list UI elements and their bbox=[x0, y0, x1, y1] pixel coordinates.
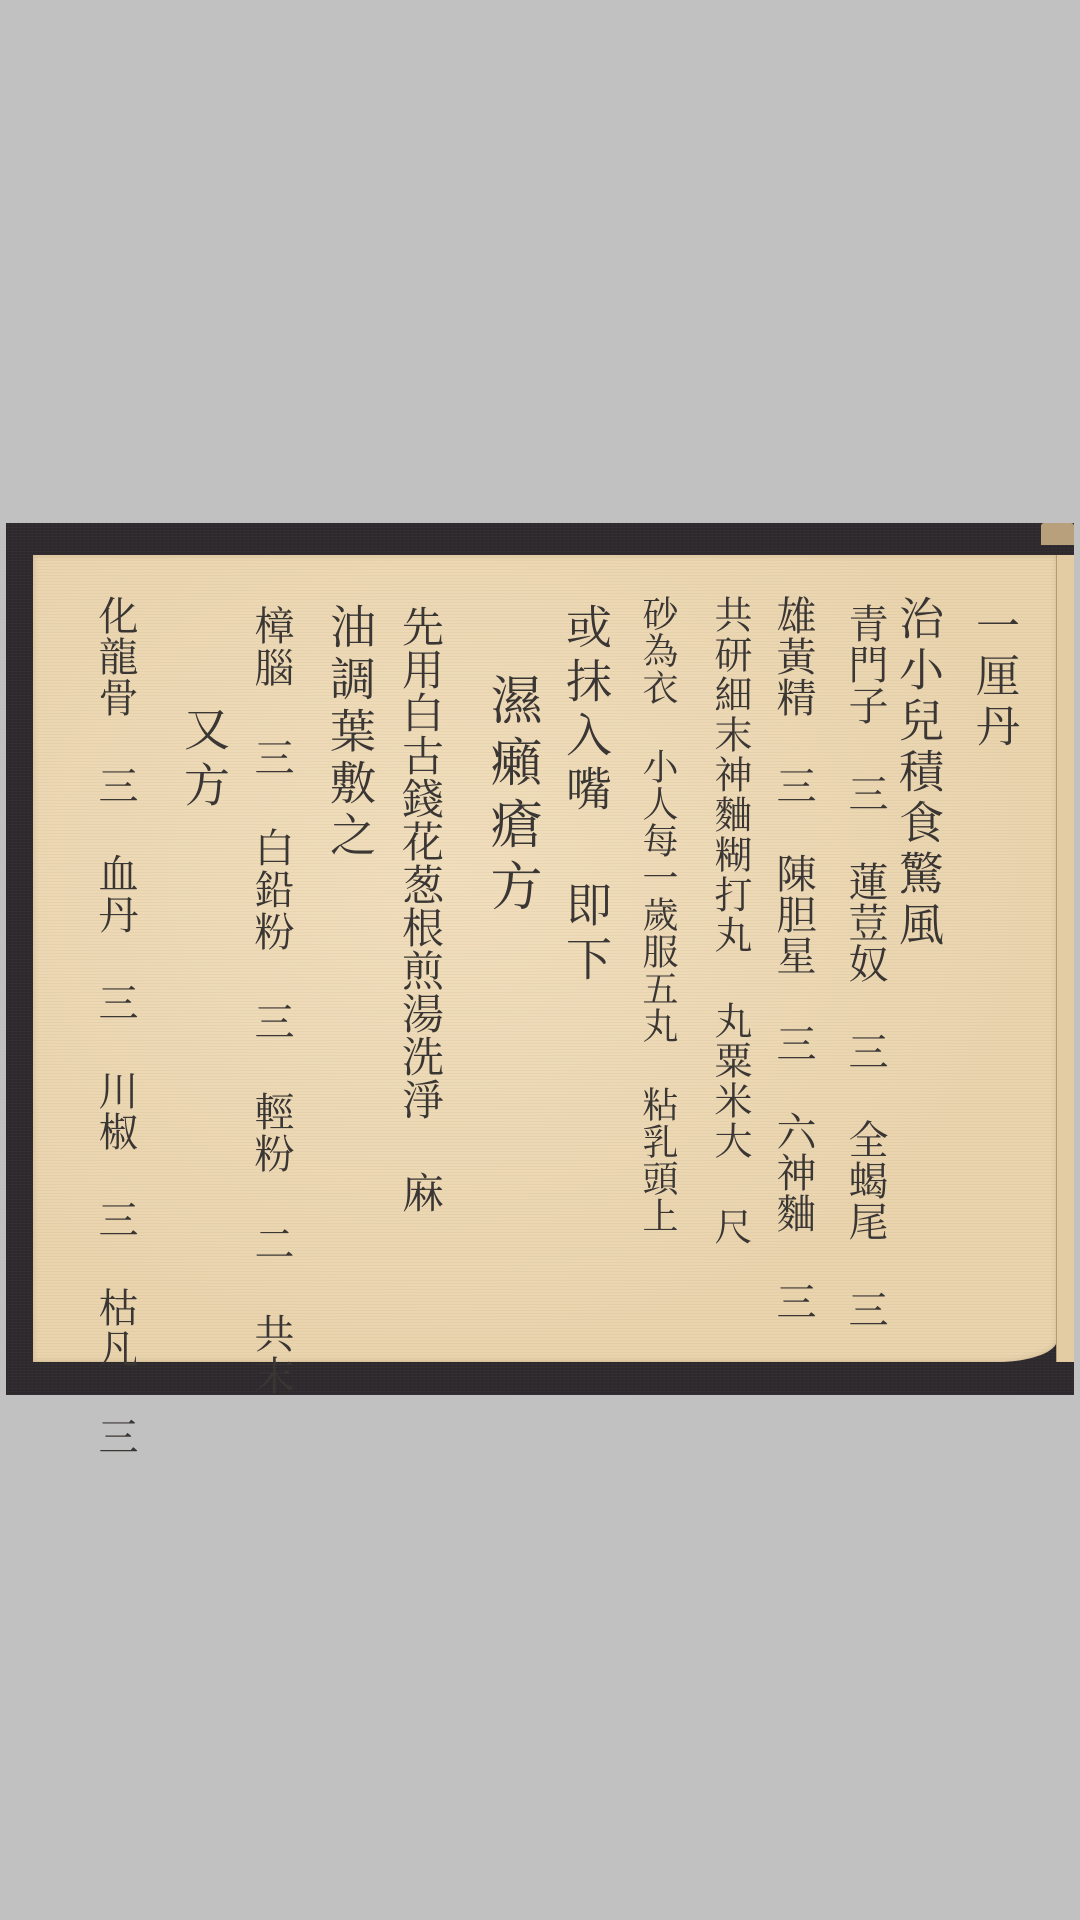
text-column-5: 共研細末神麯糊打丸 丸粟米大 尺 bbox=[711, 595, 749, 1247]
text-column-9: 先用白古錢花葱根煎湯洗淨 麻 bbox=[399, 605, 441, 1214]
page-title: 一厘丹 bbox=[971, 603, 1015, 753]
manuscript-scan: 一厘丹 治小兒積食驚風 青門子 三 蓮荳奴 三 全蝎尾 三 雄黃精 三 陳胆星 … bbox=[6, 523, 1074, 1395]
text-column-2: 治小兒積食驚風 bbox=[895, 595, 940, 952]
binding-strip bbox=[1057, 555, 1074, 1362]
page-corner-tab bbox=[1041, 523, 1074, 545]
fold-seam bbox=[1056, 555, 1057, 1362]
text-column-7: 或抹入嘴 即下 bbox=[563, 603, 609, 989]
section-heading: 濕癩瘡方 bbox=[485, 673, 537, 921]
text-column-13: 化龍骨 三 血丹 三 川椒 三 枯凡 三 bbox=[95, 595, 135, 1457]
text-column-3: 青門子 三 蓮荳奴 三 全蝎尾 三 bbox=[845, 603, 885, 1330]
text-column-11: 樟腦 三 白鉛粉 三 輕粉 二 共末 bbox=[251, 605, 291, 1397]
text-column-6: 砂為衣 小人每一歲服五丸 粘乳頭上 bbox=[639, 595, 675, 1234]
section-heading-again: 又方 bbox=[181, 705, 227, 817]
text-column-10: 油調葉敷之 bbox=[327, 603, 373, 863]
text-column-4: 雄黃精 三 陳胆星 三 六神麯 三 bbox=[773, 595, 813, 1322]
paper-page: 一厘丹 治小兒積食驚風 青門子 三 蓮荳奴 三 全蝎尾 三 雄黃精 三 陳胆星 … bbox=[33, 555, 1057, 1362]
